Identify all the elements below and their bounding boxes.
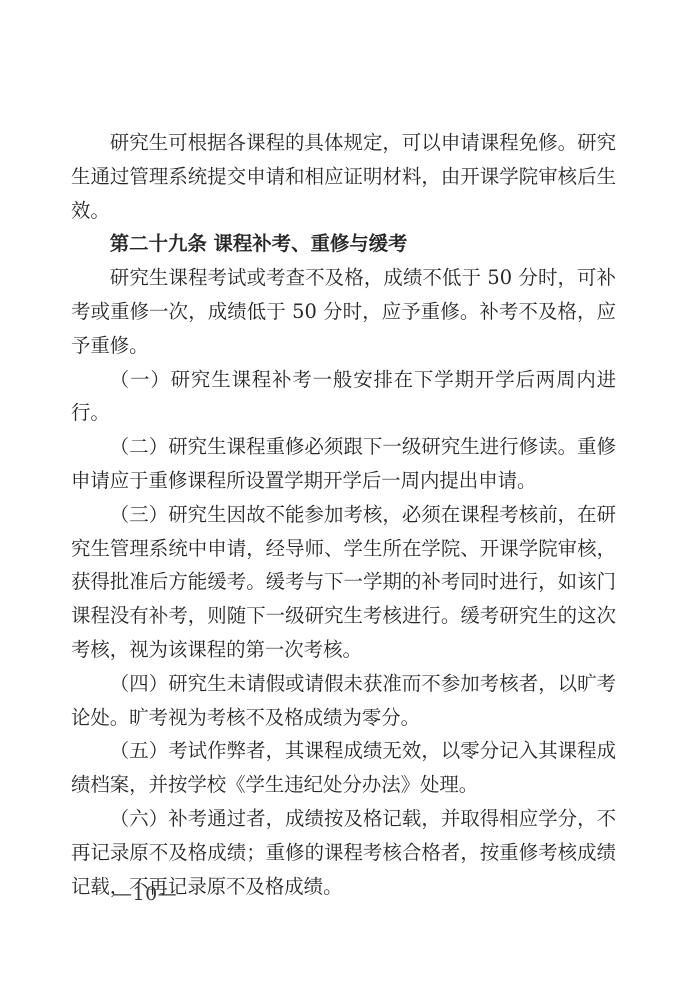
document-body: 研究生可根据各课程的具体规定，可以申请课程免修。研究生通过管理系统提交申请和相应… [71, 126, 616, 903]
paragraph-makeup-rule: 研究生课程考试或考查不及格，成绩不低于 50 分时，可补考或重修一次，成绩低于 … [71, 261, 616, 362]
page-number: —10— [113, 882, 177, 906]
paragraph-clause-1: （一）研究生课程补考一般安排在下学期开学后两周内进行。 [71, 363, 616, 431]
paragraph-clause-3: （三）研究生因故不能参加考核，必须在课程考核前，在研究生管理系统中申请，经导师、… [71, 498, 616, 667]
paragraph-clause-4: （四）研究生未请假或请假未获准而不参加考核者，以旷考论处。旷考视为考核不及格成绩… [71, 667, 616, 735]
paragraph-clause-5: （五）考试作弊者，其课程成绩无效，以零分记入其课程成绩档案，并按学校《学生违纪处… [71, 734, 616, 802]
document-page: 研究生可根据各课程的具体规定，可以申请课程免修。研究生通过管理系统提交申请和相应… [0, 0, 699, 989]
paragraph-exemption-intro: 研究生可根据各课程的具体规定，可以申请课程免修。研究生通过管理系统提交申请和相应… [71, 126, 616, 227]
article-heading: 第二十九条 课程补考、重修与缓考 [71, 227, 616, 261]
paragraph-clause-2: （二）研究生课程重修必须跟下一级研究生进行修读。重修申请应于重修课程所设置学期开… [71, 430, 616, 498]
